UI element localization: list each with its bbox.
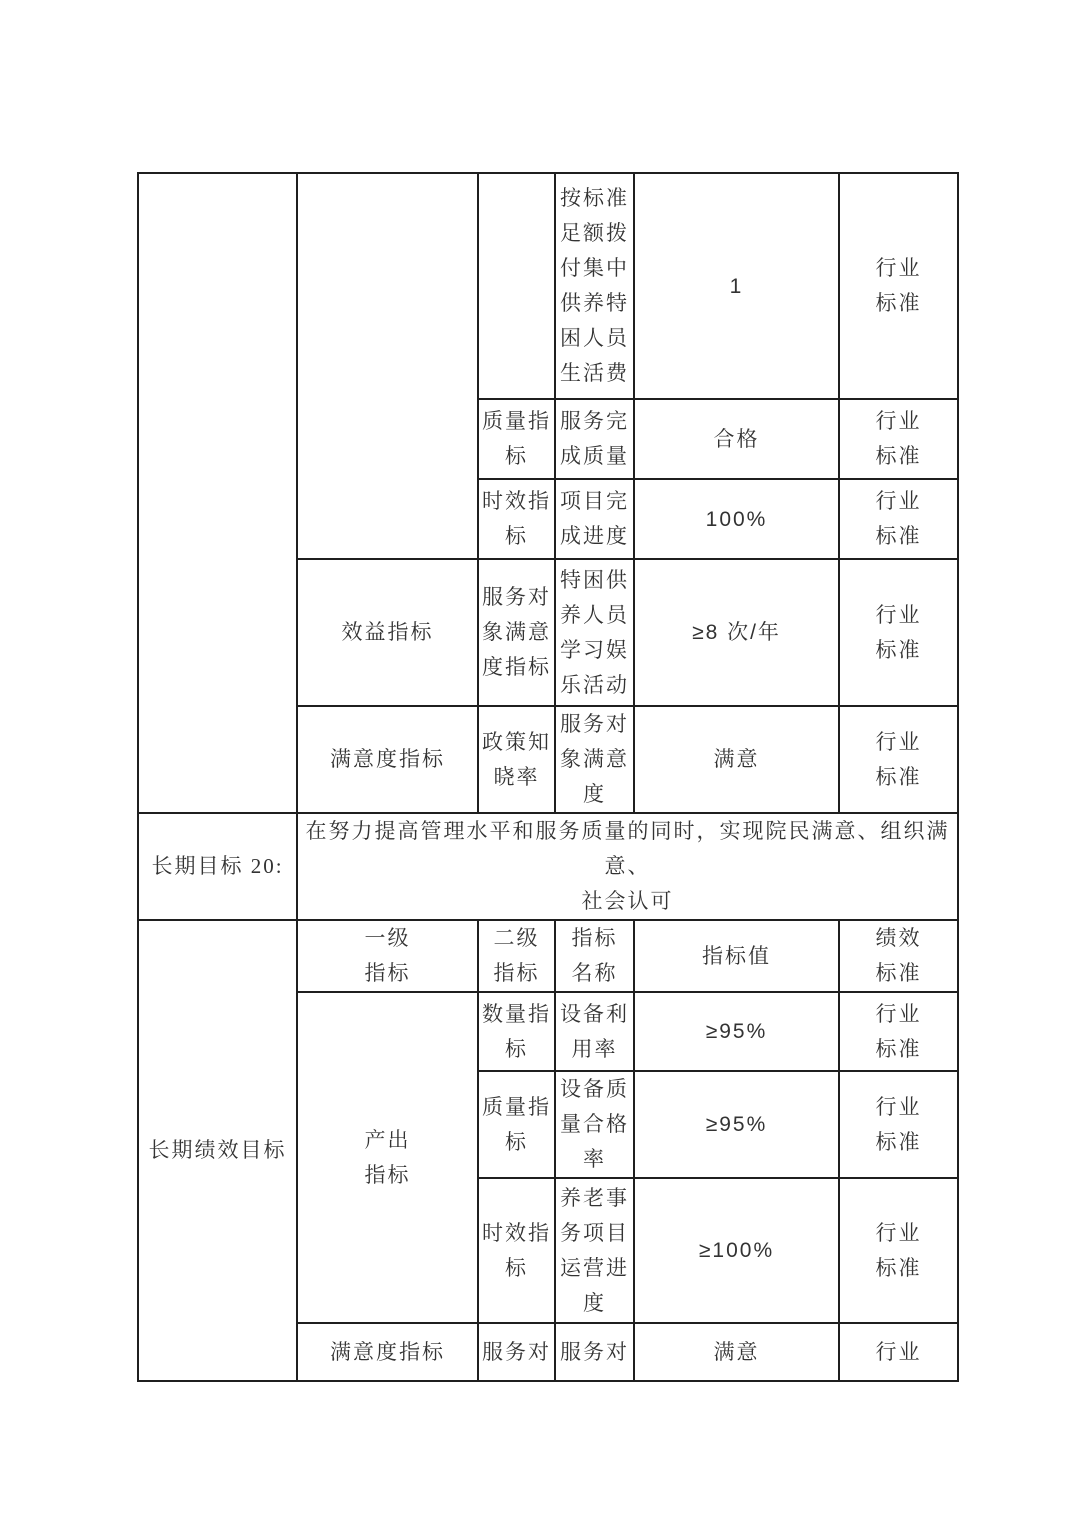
cell-header-indicator-name: 指标 名称 xyxy=(555,920,634,992)
cell-r8-indicator-name: 设备利 用率 xyxy=(555,992,634,1071)
cell-r2-secondary-indicator: 质量指 标 xyxy=(478,399,555,479)
cell-r11-performance-standard: 行业 xyxy=(839,1323,958,1381)
cell-r9-performance-standard: 行业 标准 xyxy=(839,1071,958,1178)
cell-r1-secondary-indicator-blank xyxy=(478,173,555,399)
cell-header-performance-standard: 绩效 标准 xyxy=(839,920,958,992)
cell-r4-secondary-indicator: 服务对 象满意 度指标 xyxy=(478,559,555,706)
cell-header-secondary-indicator: 二级 指标 xyxy=(478,920,555,992)
cell-r8-secondary-indicator: 数量指 标 xyxy=(478,992,555,1071)
cell-r10-indicator-name: 养老事 务项目 运营进 度 xyxy=(555,1178,634,1323)
cell-r1-indicator-value: 1 xyxy=(634,173,839,399)
cell-r3-secondary-indicator: 时效指 标 xyxy=(478,479,555,559)
cell-r10-indicator-value: ≥100% xyxy=(634,1178,839,1323)
cell-r8-performance-standard: 行业 标准 xyxy=(839,992,958,1071)
performance-indicator-table: 按标准 足额拨 付集中 供养特 困人员 生活费 1 行业 标准 质量指 标 服务… xyxy=(137,172,959,1382)
cell-r3-indicator-name: 项目完 成进度 xyxy=(555,479,634,559)
cell-r8-indicator-value: ≥95% xyxy=(634,992,839,1071)
cell-col1-continuation-blank xyxy=(138,173,297,813)
cell-r4-indicator-name: 特困供 养人员 学习娱 乐活动 xyxy=(555,559,634,706)
cell-r4-performance-standard: 行业 标准 xyxy=(839,559,958,706)
cell-r3-performance-standard: 行业 标准 xyxy=(839,479,958,559)
cell-r11-secondary-indicator: 服务对 xyxy=(478,1323,555,1381)
cell-r4-indicator-value: ≥8 次/年 xyxy=(634,559,839,706)
cell-long-term-goal-20-text: 在努力提高管理水平和服务质量的同时，实现院民满意、组织满意、 社会认可 xyxy=(297,813,958,920)
cell-long-term-performance-goal-label: 长期绩效目标 xyxy=(138,920,297,1381)
cell-r5-indicator-value: 满意 xyxy=(634,706,839,813)
cell-r5-primary-indicator: 满意度指标 xyxy=(297,706,478,813)
cell-r9-secondary-indicator: 质量指 标 xyxy=(478,1071,555,1178)
cell-r10-secondary-indicator: 时效指 标 xyxy=(478,1178,555,1323)
cell-output-indicator-label: 产出 指标 xyxy=(297,992,478,1323)
cell-r1-indicator-name: 按标准 足额拨 付集中 供养特 困人员 生活费 xyxy=(555,173,634,399)
cell-r2-indicator-name: 服务完 成质量 xyxy=(555,399,634,479)
cell-col2-continuation-blank xyxy=(297,173,478,559)
cell-r11-primary-indicator: 满意度指标 xyxy=(297,1323,478,1381)
cell-r11-indicator-value: 满意 xyxy=(634,1323,839,1381)
cell-r10-performance-standard: 行业 标准 xyxy=(839,1178,958,1323)
cell-r4-primary-indicator: 效益指标 xyxy=(297,559,478,706)
cell-r3-indicator-value: 100% xyxy=(634,479,839,559)
table-row: 按标准 足额拨 付集中 供养特 困人员 生活费 1 行业 标准 xyxy=(138,173,958,399)
cell-r2-performance-standard: 行业 标准 xyxy=(839,399,958,479)
table-row: 长期目标 20: 在努力提高管理水平和服务质量的同时，实现院民满意、组织满意、 … xyxy=(138,813,958,920)
cell-r11-indicator-name: 服务对 xyxy=(555,1323,634,1381)
cell-r5-performance-standard: 行业 标准 xyxy=(839,706,958,813)
cell-r1-performance-standard: 行业 标准 xyxy=(839,173,958,399)
cell-r5-secondary-indicator: 政策知 晓率 xyxy=(478,706,555,813)
cell-r9-indicator-name: 设备质 量合格 率 xyxy=(555,1071,634,1178)
cell-long-term-goal-20-label: 长期目标 20: xyxy=(138,813,297,920)
cell-r9-indicator-value: ≥95% xyxy=(634,1071,839,1178)
document-page: 按标准 足额拨 付集中 供养特 困人员 生活费 1 行业 标准 质量指 标 服务… xyxy=(0,0,1074,1520)
cell-header-primary-indicator: 一级 指标 xyxy=(297,920,478,992)
cell-r2-indicator-value: 合格 xyxy=(634,399,839,479)
cell-header-indicator-value: 指标值 xyxy=(634,920,839,992)
table-row: 长期绩效目标 一级 指标 二级 指标 指标 名称 指标值 绩效 标准 xyxy=(138,920,958,992)
cell-r5-indicator-name: 服务对 象满意 度 xyxy=(555,706,634,813)
